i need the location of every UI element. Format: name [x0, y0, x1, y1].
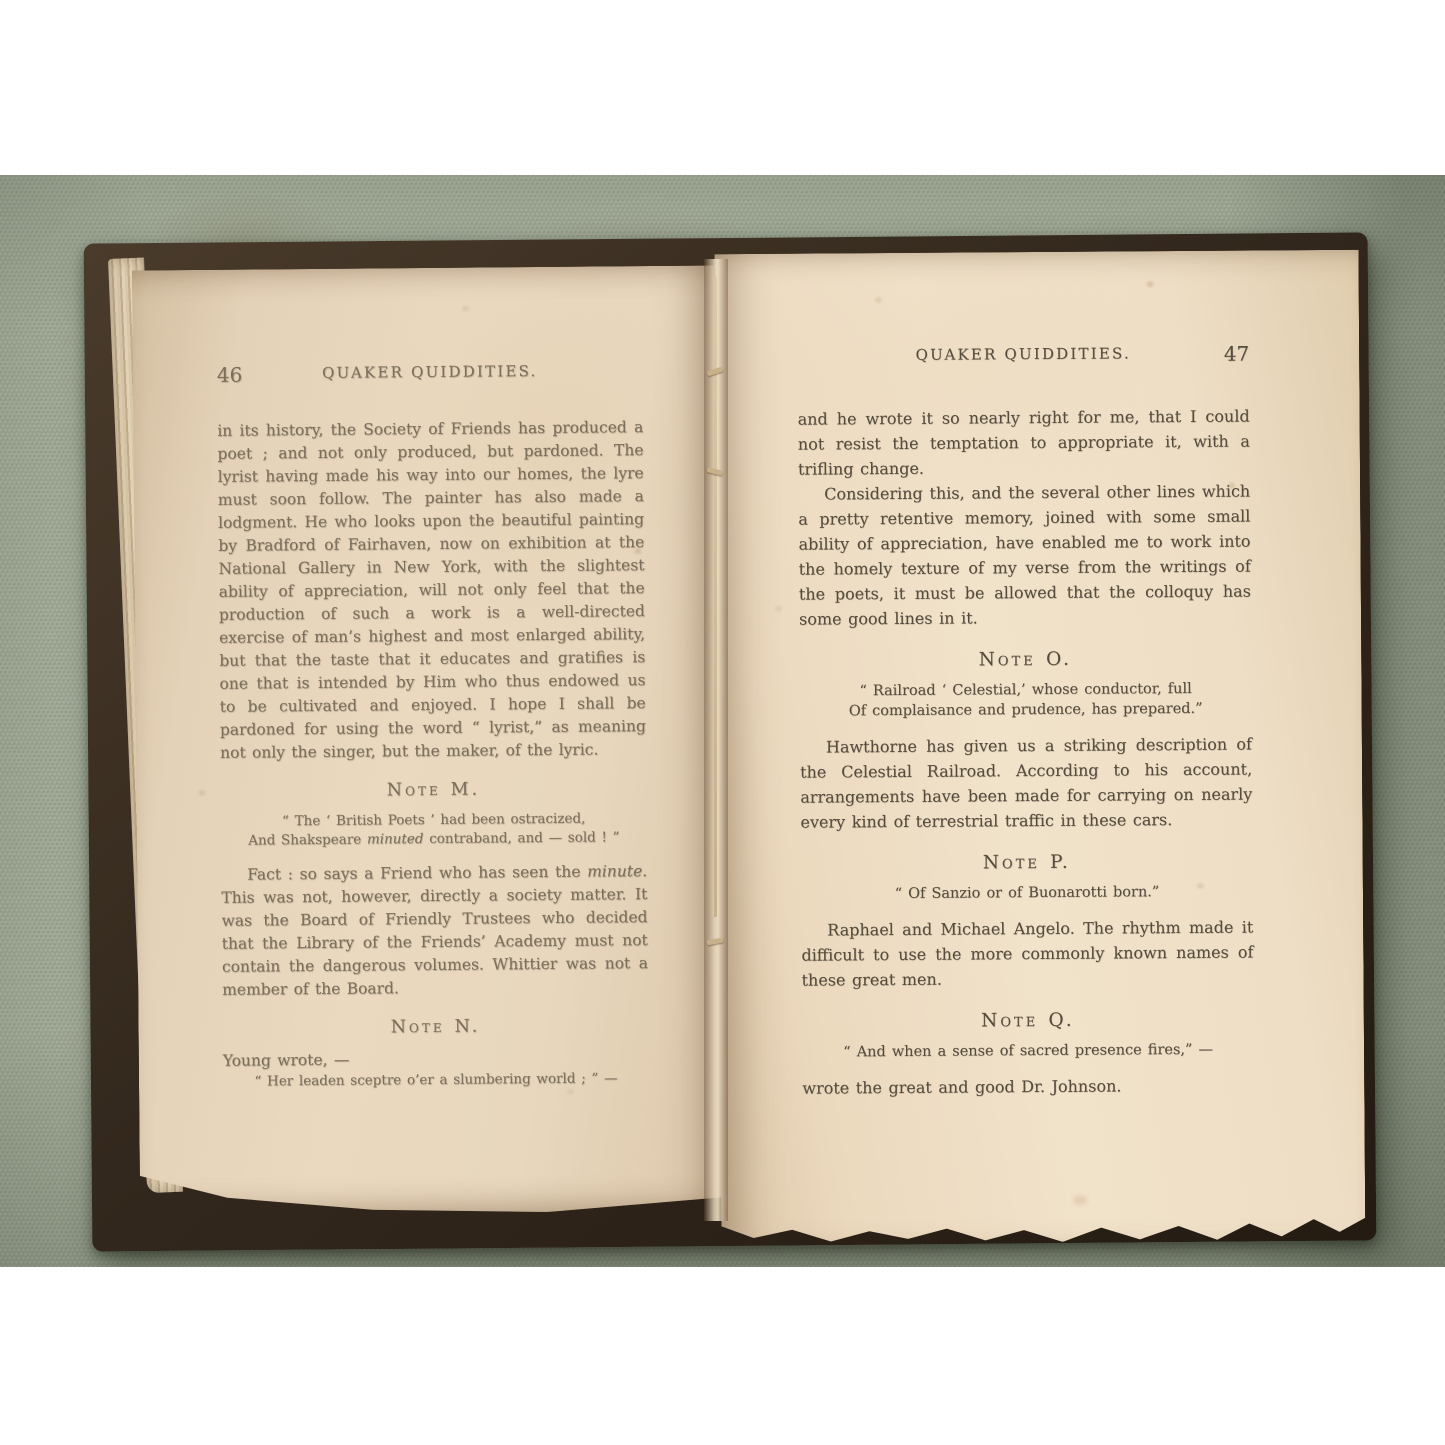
note-n-heading: Note N. — [222, 1014, 648, 1041]
right-page-number: 47 — [1224, 342, 1250, 366]
left-page-text-column: in its history, the Society of Friends h… — [217, 416, 649, 1092]
paragraph-italic-word: minute — [587, 862, 642, 880]
fabric-background: 46 QUAKER QUIDDITIES. in its history, th… — [0, 175, 1445, 1267]
note-quote-line: “ Of Sanzio or of Buonarotti born.” — [801, 882, 1253, 905]
left-running-title: QUAKER QUIDDITIES. — [217, 361, 643, 383]
paragraph: Fact : so says a Friend who has seen the… — [221, 860, 648, 1002]
right-running-title: QUAKER QUIDDITIES. — [797, 344, 1249, 365]
quote-text: contraband, and — sold ! ” — [423, 829, 619, 847]
foxing-spot — [1073, 1196, 1087, 1205]
foxing-spot — [1147, 281, 1154, 287]
note-o-quote: “ Railroad ‘ Celestial,’ whose conductor… — [800, 679, 1252, 722]
note-p-quote: “ Of Sanzio or of Buonarotti born.” — [801, 882, 1253, 905]
note-m-heading: Note M. — [220, 777, 646, 804]
right-page: QUAKER QUIDDITIES. 47 and he wrote it so… — [715, 250, 1366, 1254]
right-page-header: QUAKER QUIDDITIES. 47 — [797, 344, 1249, 365]
note-quote-line: “ Her leaden sceptre o’er a slumbering w… — [223, 1069, 649, 1092]
quote-italic-word: minuted — [367, 831, 424, 847]
paragraph: Raphael and Michael Angelo. The rhythm m… — [801, 915, 1254, 993]
quote-text: And Shakspeare — [248, 832, 367, 849]
foxing-spot — [567, 1089, 574, 1095]
foxing-spot — [462, 306, 469, 312]
book-photo-frame: 46 QUAKER QUIDDITIES. in its history, th… — [0, 0, 1445, 1445]
note-m-quote: “ The ‘ British Poets ’ had been ostraci… — [221, 809, 647, 851]
right-page-text-column: and he wrote it so nearly right for me, … — [798, 404, 1255, 1101]
note-quote-line: Of complaisance and prudence, has prepar… — [800, 699, 1252, 722]
binding-thread-knot — [707, 938, 724, 946]
foxing-spot — [775, 606, 782, 612]
note-o-heading: Note O. — [799, 646, 1251, 674]
paragraph-text: Fact : so says a Friend who has seen the — [247, 863, 587, 884]
note-q-heading: Note Q. — [802, 1007, 1254, 1035]
left-page: 46 QUAKER QUIDDITIES. in its history, th… — [132, 265, 722, 1215]
note-q-quote: “ And when a sense of sacred presence fi… — [802, 1040, 1254, 1063]
note-quote-line: “ And when a sense of sacred presence fi… — [802, 1040, 1254, 1063]
foxing-spot — [875, 297, 882, 303]
paragraph: in its history, the Society of Friends h… — [217, 416, 646, 765]
note-p-heading: Note P. — [801, 849, 1253, 877]
left-page-number: 46 — [217, 363, 243, 387]
page-gutter — [704, 259, 728, 1221]
note-quote-line: And Shakspeare minuted contraband, and —… — [221, 828, 647, 851]
paragraph: Hawthorne has given us a striking descri… — [800, 732, 1253, 835]
paragraph: and he wrote it so nearly right for me, … — [798, 404, 1251, 482]
paragraph: wrote the great and good Dr. Johnson. — [802, 1073, 1254, 1101]
left-page-header: 46 QUAKER QUIDDITIES. — [217, 361, 643, 383]
paragraph: Considering this, and the several other … — [798, 479, 1251, 632]
foxing-spot — [198, 790, 205, 796]
